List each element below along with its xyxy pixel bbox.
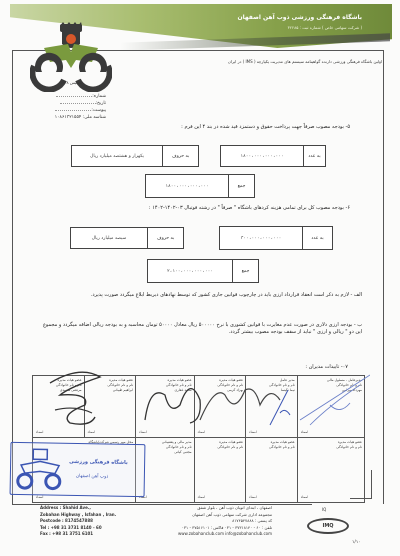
section6-digits-value: ۳۰۰،۰۰۰،۰۰۰،۰۰۰: [220, 227, 302, 249]
manager-cell: عضو هیات مدیرهنام و نام خانوادگیامضاء: [194, 438, 246, 503]
footer-address-en: Address : Shahid Ave., Zobahan Highway ,…: [40, 505, 116, 538]
document-page: باشگاه فرهنگی ورزشی ذوب آهن اصفهان ( شرک…: [0, 0, 400, 556]
club-subtitle: ( شرکت سهامی خاص ) شماره ثبت : ۳۲۲۸۵: [288, 25, 362, 30]
note-be: ب - بودجه ارزی دلاری در صورت عدم مغایرت …: [36, 322, 362, 336]
section5-digits-value: ۱۸۰۰،۰۰۰،۰۰۰،۰۰۰: [221, 146, 303, 166]
page-number: ۱/۱۰: [352, 540, 361, 545]
section5-digits-box: به عدد ۱۸۰۰،۰۰۰،۰۰۰،۰۰۰: [220, 145, 326, 167]
meta-date: تاریخ:: [36, 101, 106, 106]
manager-cell: عضو هیات مدیرهنام و نام خانوادگیسعید غفا…: [136, 376, 194, 438]
club-title: باشگاه فرهنگی ورزشی ذوب آهن اصفهان: [237, 14, 362, 21]
ims-tagline: اولین باشگاه فرهنگی ورزشی دارنده گواهینا…: [182, 59, 382, 64]
section5-digits-label: به عدد: [303, 146, 325, 166]
meta-attachment: پیوست:: [36, 108, 106, 113]
managers-row-1: مدیرعامل - مسئول مالینام و نام خانوادگیم…: [33, 376, 365, 438]
manager-cell: عضو هیات مدیرهنام و نام خانوادگیامضاء: [246, 438, 298, 503]
section7-heading: ۰۷- تاییدات مدیران :: [228, 364, 348, 371]
logo-caption: تاسیس ۱۳۴۸: [60, 80, 82, 85]
section6-total-box: جمع ۲،۱۰۰،۰۰۰،۰۰۰،۰۰۰: [147, 259, 259, 283]
note-alef: الف - لازم به ذکر است انعقاد قرارداد ارز…: [36, 292, 362, 299]
meta-national-id: شناسه ملی: ۱۰۸۶۱۳۲۱۵۵۴: [36, 115, 106, 120]
manager-cell: عضو هیات مدیرهنام و نام خانوادگیابراهیم …: [84, 376, 136, 438]
section6-digits-label: به عدد: [302, 227, 332, 249]
section6-total-label: جمع: [232, 260, 258, 282]
footer-address-fa: اصفهان ، ابتدای اتوبان ذوب آهن ، بلوار ش…: [150, 505, 272, 538]
section6-words-box: به حروف سیصد میلیارد ریال: [70, 227, 184, 249]
section6-words-label: به حروف: [147, 228, 183, 248]
section6-words-value: سیصد میلیارد ریال: [71, 228, 147, 248]
section5-heading: ۵- بودجه مصوب صرفاً جهت پرداخت حقوق و دس…: [110, 124, 350, 131]
manager-cell: مدیر عاملنام و نام خانوادگینیما نکیساامض…: [246, 376, 298, 438]
official-stamp: باشگاه فرهنگی ورزشی ذوب آهن اصفهان: [10, 442, 146, 497]
stamp-logo-icon: [15, 447, 66, 492]
section5-total-box: جمع ۱۸۰۰،۰۰۰،۰۰۰،۰۰۰: [145, 174, 255, 198]
manager-cell: عضو هیات مدیرهنام و نام خانوادگیمرتضی مح…: [33, 376, 85, 438]
manager-cell: عضو هیات مدیرهنام و نام خانوادگیبهزاد کر…: [194, 376, 246, 438]
section6-total-value: ۲،۱۰۰،۰۰۰،۰۰۰،۰۰۰: [148, 260, 232, 282]
section5-words-label: به حروف: [162, 146, 198, 166]
stamp-line-2: ذوب آهن اصفهان: [76, 474, 109, 480]
manager-cell: عضو هیات مدیرهنام و نام خانوادگیامضاء: [297, 438, 364, 503]
stamp-line-1: باشگاه فرهنگی ورزشی: [69, 459, 128, 466]
section5-total-value: ۱۸۰۰،۰۰۰،۰۰۰،۰۰۰: [146, 175, 228, 197]
frame-tail-vertical: [371, 470, 372, 499]
section5-total-label: جمع: [228, 175, 254, 197]
cert-top-label: IQ: [322, 507, 326, 512]
section5-words-box: به حروف یکهزار و هشتصد میلیارد ریال: [71, 145, 199, 167]
section6-heading: ۶- بودجه مصوب کل برای تمامی هزینه کردهای…: [60, 205, 350, 212]
section6-digits-box: به عدد ۳۰۰،۰۰۰،۰۰۰،۰۰۰: [219, 226, 333, 250]
manager-cell: مدیرعامل - مسئول مالینام و نام خانوادگیم…: [297, 376, 364, 438]
meta-number: شماره:: [36, 94, 106, 99]
imq-certification-badge-icon: IMQ: [307, 518, 349, 534]
section5-words-value: یکهزار و هشتصد میلیارد ریال: [72, 146, 162, 166]
